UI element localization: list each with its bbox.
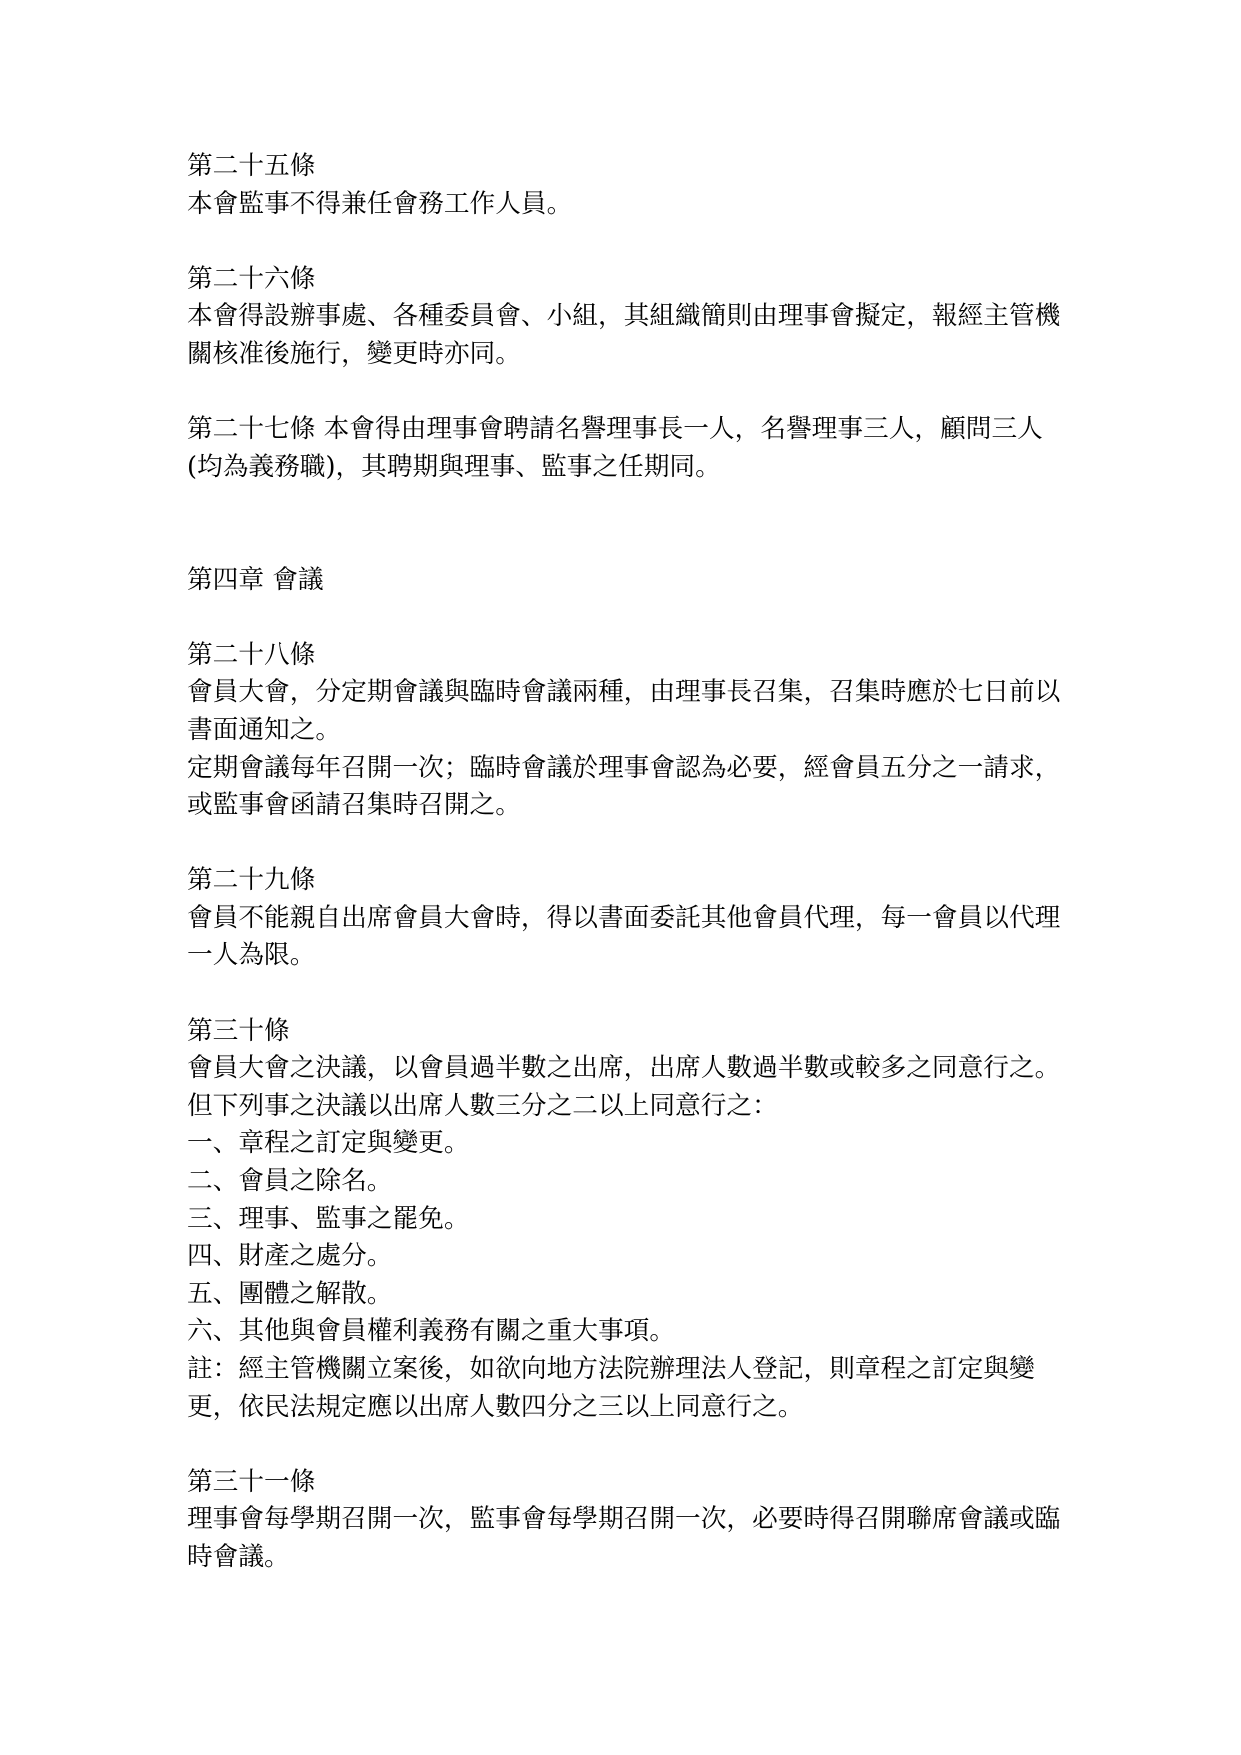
text-line: 會員大會，分定期會議與臨時會議兩種，由理事長召集，召集時應於七日前以 <box>187 674 1087 712</box>
text-line: (均為義務職)，其聘期與理事、監事之任期同。 <box>187 449 1087 487</box>
blank-line <box>187 1426 1087 1464</box>
text-line: 三、理事、監事之罷免。 <box>187 1201 1087 1239</box>
blank-line <box>187 486 1087 524</box>
blank-line <box>187 975 1087 1013</box>
text-line: 更，依民法規定應以出席人數四分之三以上同意行之。 <box>187 1389 1087 1427</box>
text-line: 理事會每學期召開一次，監事會每學期召開一次，必要時得召開聯席會議或臨 <box>187 1501 1087 1539</box>
text-line: 會員不能親自出席會員大會時，得以書面委託其他會員代理，每一會員以代理 <box>187 900 1087 938</box>
text-line: 第二十六條 <box>187 261 1087 299</box>
blank-line <box>187 599 1087 637</box>
blank-line <box>187 374 1087 412</box>
blank-line <box>187 223 1087 261</box>
text-line: 第二十九條 <box>187 862 1087 900</box>
text-line: 關核准後施行，變更時亦同。 <box>187 336 1087 374</box>
document-text-block: 第二十五條本會監事不得兼任會務工作人員。 第二十六條本會得設辦事處、各種委員會、… <box>187 148 1087 1577</box>
text-line: 第二十七條 本會得由理事會聘請名譽理事長一人，名譽理事三人，顧問三人 <box>187 411 1087 449</box>
text-line: 四、財產之處分。 <box>187 1238 1087 1276</box>
document-page: 第二十五條本會監事不得兼任會務工作人員。 第二十六條本會得設辦事處、各種委員會、… <box>0 0 1241 1755</box>
text-line: 註：經主管機關立案後，如欲向地方法院辦理法人登記，則章程之訂定與變 <box>187 1351 1087 1389</box>
text-line: 第三十條 <box>187 1013 1087 1051</box>
text-line: 定期會議每年召開一次；臨時會議於理事會認為必要，經會員五分之一請求， <box>187 750 1087 788</box>
text-line: 一人為限。 <box>187 937 1087 975</box>
text-line: 第三十一條 <box>187 1464 1087 1502</box>
text-line: 本會監事不得兼任會務工作人員。 <box>187 186 1087 224</box>
text-line: 會員大會之決議，以會員過半數之出席，出席人數過半數或較多之同意行之。 <box>187 1050 1087 1088</box>
text-line: 二、會員之除名。 <box>187 1163 1087 1201</box>
text-line: 六、其他與會員權利義務有關之重大事項。 <box>187 1313 1087 1351</box>
text-line: 但下列事之決議以出席人數三分之二以上同意行之： <box>187 1088 1087 1126</box>
text-line: 時會議。 <box>187 1539 1087 1577</box>
text-line: 本會得設辦事處、各種委員會、小組，其組織簡則由理事會擬定，報經主管機 <box>187 298 1087 336</box>
text-line: 書面通知之。 <box>187 712 1087 750</box>
text-line: 或監事會函請召集時召開之。 <box>187 787 1087 825</box>
text-line: 五、團體之解散。 <box>187 1276 1087 1314</box>
text-line: 一、章程之訂定與變更。 <box>187 1125 1087 1163</box>
blank-line <box>187 825 1087 863</box>
text-line: 第二十五條 <box>187 148 1087 186</box>
text-line: 第二十八條 <box>187 637 1087 675</box>
blank-line <box>187 524 1087 562</box>
text-line: 第四章 會議 <box>187 562 1087 600</box>
